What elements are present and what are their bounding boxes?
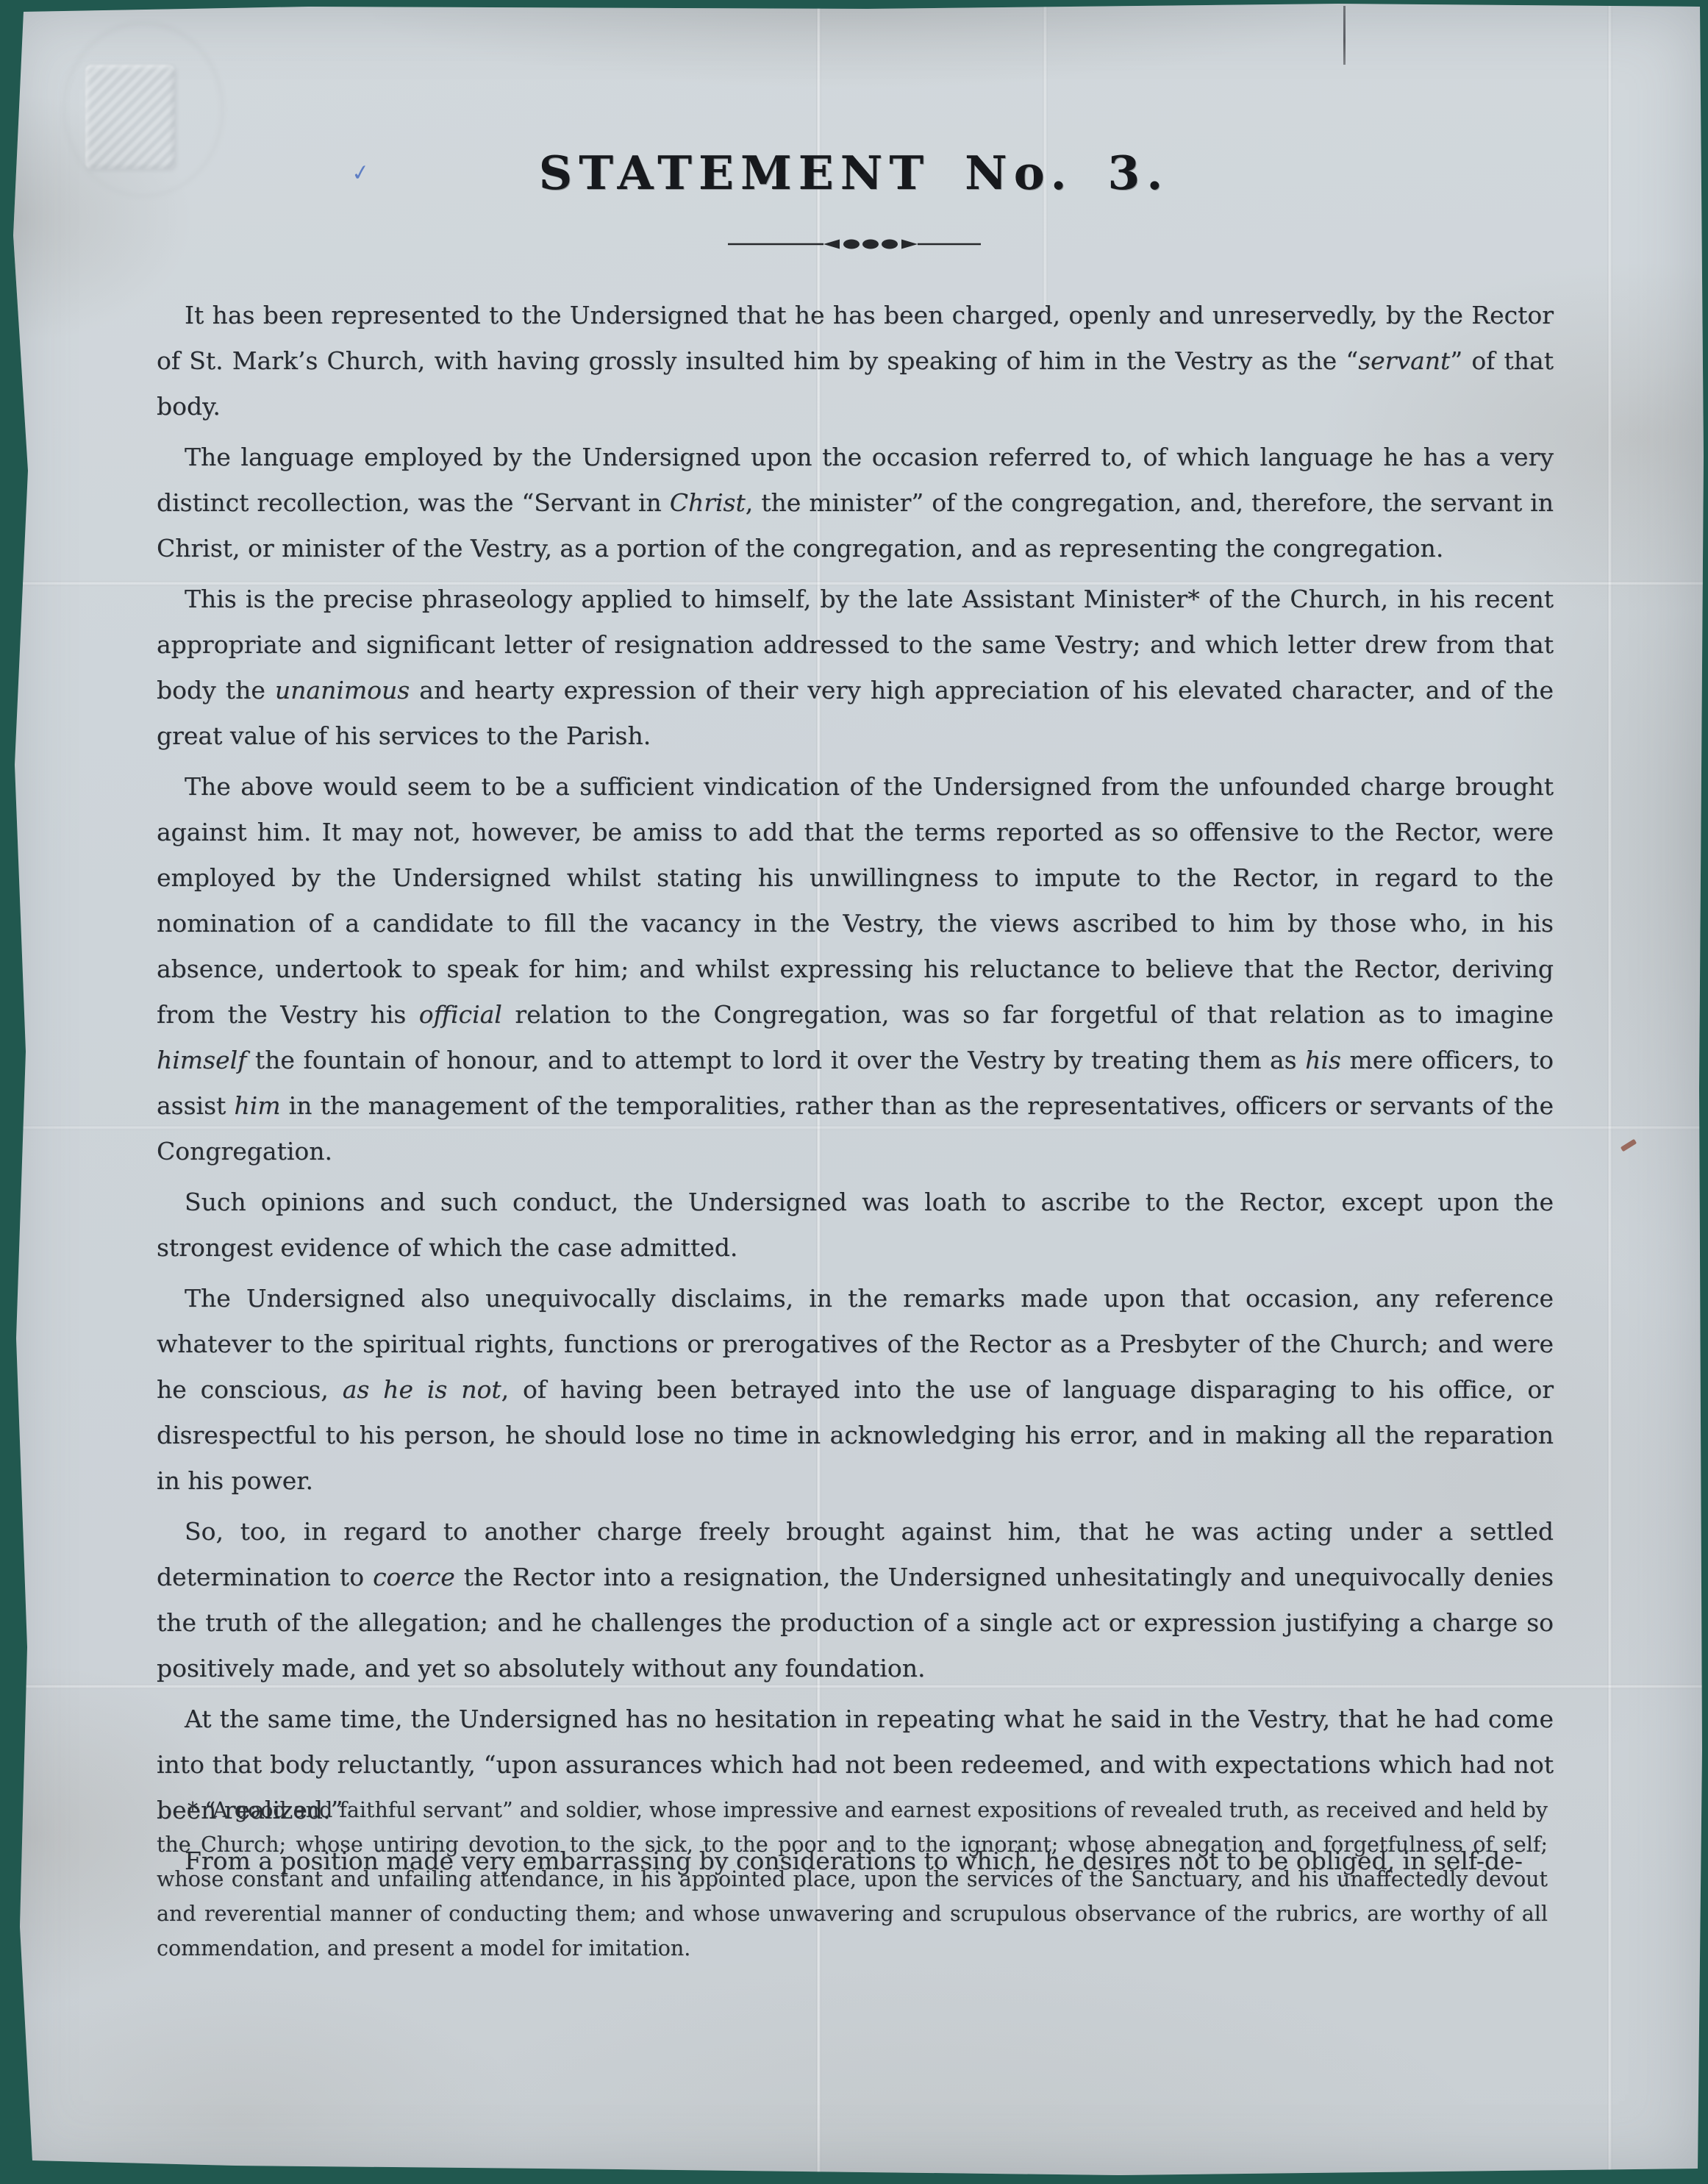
document-page: ✓ STATEMENT No. 3. It has been represent… <box>0 0 1708 2184</box>
paragraph: It has been represented to the Undersign… <box>157 293 1554 429</box>
paragraph: The language employed by the Undersigned… <box>157 435 1554 571</box>
footnote-text: * “A good and faithful servant” and sold… <box>157 1798 1548 1960</box>
paragraph: This is the precise phraseology applied … <box>157 577 1554 759</box>
paragraph: The above would seem to be a sufficient … <box>157 764 1554 1174</box>
paragraph: Such opinions and such conduct, the Unde… <box>157 1180 1554 1271</box>
paragraph: The Undersigned also unequivocally discl… <box>157 1276 1554 1504</box>
footnote: * “A good and faithful servant” and sold… <box>157 1793 1548 1966</box>
red-ink-speck <box>1621 1139 1637 1152</box>
paragraph: So, too, in regard to another charge fre… <box>157 1509 1554 1691</box>
title-divider-ornament <box>725 235 984 253</box>
fold-crease-vertical-right <box>1607 0 1612 2184</box>
page-title: STATEMENT No. 3. <box>0 146 1708 200</box>
body-paragraphs: It has been represented to the Undersign… <box>157 293 1554 1889</box>
pen-scratch-mark <box>1343 6 1346 65</box>
